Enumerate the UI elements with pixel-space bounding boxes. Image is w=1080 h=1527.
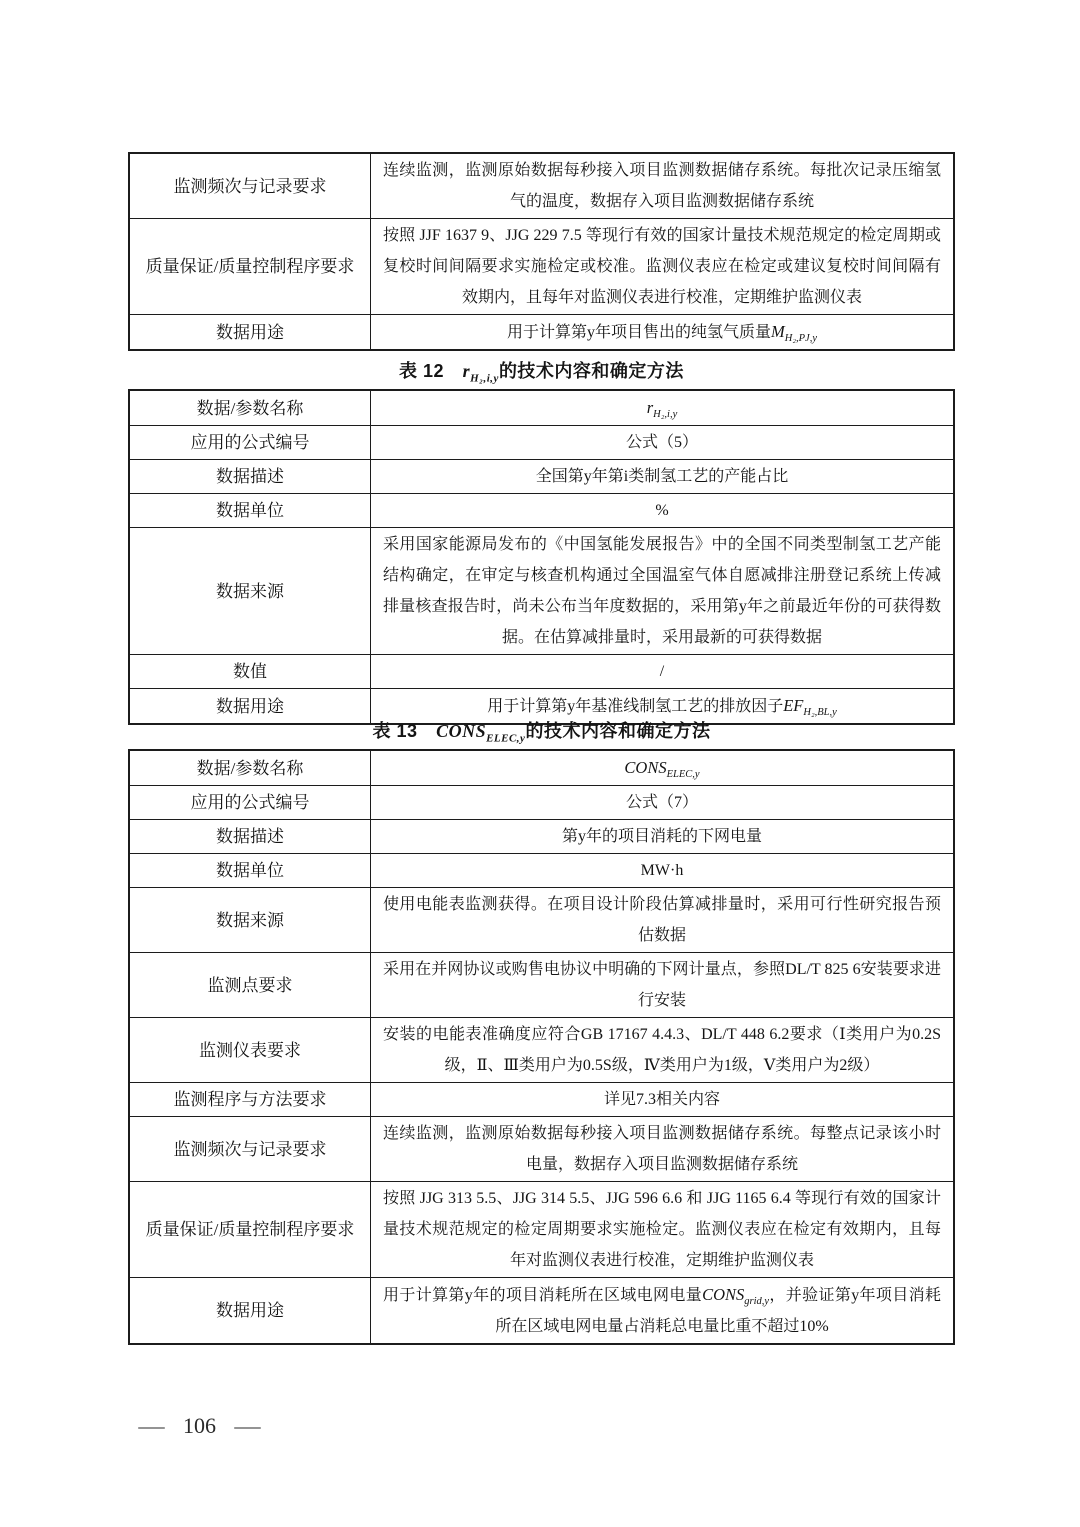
text-segment: / [660, 663, 664, 680]
row-content-text: rH₂,i,y [383, 392, 941, 424]
row-content-text: 公式（7） [383, 787, 941, 818]
row-label: 监测频次与记录要求 [130, 154, 370, 218]
table-row: 数据/参数名称rH₂,i,y [130, 391, 953, 425]
row-label: 数值 [130, 655, 370, 688]
row-label: 数据来源 [130, 888, 370, 952]
row-label: 数据用途 [130, 315, 370, 349]
row-label: 数据/参数名称 [130, 391, 370, 425]
table-row: 监测仪表要求安装的电能表准确度应符合GB 17167 4.4.3、DL/T 44… [130, 1017, 953, 1082]
row-label: 质量保证/质量控制程序要求 [130, 219, 370, 314]
row-content: / [370, 655, 953, 688]
text-segment: % [655, 502, 668, 519]
table-row: 监测频次与记录要求连续监测，监测原始数据每秒接入项目监测数据储存系统。每整点记录… [130, 1116, 953, 1181]
row-content: 连续监测，监测原始数据每秒接入项目监测数据储存系统。每批次记录压缩氢气的温度，数… [370, 154, 953, 218]
table-12: 数据/参数名称rH₂,i,y应用的公式编号公式（5）数据描述全国第y年第i类制氢… [128, 389, 955, 725]
text-segment: 的技术内容和确定方法 [525, 721, 710, 741]
row-label: 数据用途 [130, 689, 370, 723]
row-content: 公式（5） [370, 426, 953, 459]
row-content: % [370, 494, 953, 527]
formula-subscript: ELEC,y [486, 733, 525, 745]
row-content-text: MW·h [383, 855, 941, 886]
table-row: 数据单位% [130, 493, 953, 527]
row-content-text: 安装的电能表准确度应符合GB 17167 4.4.3、DL/T 448 6.2要… [383, 1019, 941, 1081]
row-content-text: 全国第y年第i类制氢工艺的产能占比 [383, 461, 941, 492]
formula-subscript: H₂,i,y [470, 373, 499, 385]
table-row: 质量保证/质量控制程序要求按照 JJF 1637 9、JJG 229 7.5 等… [130, 218, 953, 314]
text-segment: 全国第y年第i类制氢工艺的产能占比 [536, 468, 788, 485]
table-row: 数值/ [130, 654, 953, 688]
table-row: 数据用途用于计算第y年的项目消耗所在区域电网电量CONSgrid,y，并验证第y… [130, 1277, 953, 1343]
row-content: 全国第y年第i类制氢工艺的产能占比 [370, 460, 953, 493]
row-content: 连续监测，监测原始数据每秒接入项目监测数据储存系统。每整点记录该小时电量，数据存… [370, 1117, 953, 1181]
row-label: 数据来源 [130, 528, 370, 654]
text-segment: 安装的电能表准确度应符合GB 17167 4.4.3、DL/T 448 6.2要… [383, 1026, 941, 1074]
row-label: 数据单位 [130, 854, 370, 887]
row-content-text: 详见7.3相关内容 [383, 1084, 941, 1115]
row-content: 使用电能表监测获得。在项目设计阶段估算减排量时，采用可行性研究报告预估数据 [370, 888, 953, 952]
formula-variable: CONS [624, 758, 666, 777]
row-content: 采用在并网协议或购售电协议中明确的下网计量点，参照DL/T 825 6安装要求进… [370, 953, 953, 1017]
text-segment: 用于计算第y年基准线制氢工艺的排放因子 [487, 698, 783, 715]
text-segment: 公式（7） [626, 794, 698, 811]
row-content-text: 用于计算第y年基准线制氢工艺的排放因子EFH₂,BL,y [383, 690, 941, 722]
table-row: 监测频次与记录要求连续监测，监测原始数据每秒接入项目监测数据储存系统。每批次记录… [130, 154, 953, 218]
row-label: 监测点要求 [130, 953, 370, 1017]
table-row: 质量保证/质量控制程序要求按照 JJG 313 5.5、JJG 314 5.5、… [130, 1181, 953, 1277]
row-content: 采用国家能源局发布的《中国氢能发展报告》中的全国不同类型制氢工艺产能结构确定，在… [370, 528, 953, 654]
row-label: 监测频次与记录要求 [130, 1117, 370, 1181]
formula-subscript: H₂,i,y [653, 409, 677, 420]
text-segment: 用于计算第y年项目售出的纯氢气质量 [507, 324, 771, 341]
table-row: 监测程序与方法要求详见7.3相关内容 [130, 1082, 953, 1116]
row-content: 按照 JJG 313 5.5、JJG 314 5.5、JJG 596 6.6 和… [370, 1182, 953, 1277]
text-segment: 详见7.3相关内容 [604, 1091, 720, 1108]
row-content-text: 采用在并网协议或购售电协议中明确的下网计量点，参照DL/T 825 6安装要求进… [383, 954, 941, 1016]
text-segment: 使用电能表监测获得。在项目设计阶段估算减排量时，采用可行性研究报告预估数据 [383, 896, 941, 944]
table-row: 数据来源使用电能表监测获得。在项目设计阶段估算减排量时，采用可行性研究报告预估数… [130, 887, 953, 952]
row-content-text: 用于计算第y年项目售出的纯氢气质量MH₂,PJ,y [383, 316, 941, 348]
table-12-title: 表 12 rH₂,i,y的技术内容和确定方法 [128, 359, 955, 383]
text-segment: 连续监测，监测原始数据每秒接入项目监测数据储存系统。每批次记录压缩氢气的温度，数… [383, 162, 941, 210]
table-13: 数据/参数名称CONSELEC,y应用的公式编号公式（7）数据描述第y年的项目消… [128, 749, 955, 1345]
row-content-text: % [383, 495, 941, 526]
row-content-text: / [383, 656, 941, 687]
row-label: 数据/参数名称 [130, 751, 370, 785]
table-row: 数据用途用于计算第y年基准线制氢工艺的排放因子EFH₂,BL,y [130, 688, 953, 723]
formula-variable: EF [783, 696, 803, 715]
text-segment: 连续监测，监测原始数据每秒接入项目监测数据储存系统。每整点记录该小时电量，数据存… [383, 1125, 941, 1173]
text-segment: 按照 JJG 313 5.5、JJG 314 5.5、JJG 596 6.6 和… [383, 1190, 941, 1269]
text-segment: 的技术内容和确定方法 [499, 361, 684, 381]
formula-subscript: H₂,BL,y [803, 707, 836, 718]
table-row: 数据用途用于计算第y年项目售出的纯氢气质量MH₂,PJ,y [130, 314, 953, 349]
row-content-text: 按照 JJG 313 5.5、JJG 314 5.5、JJG 596 6.6 和… [383, 1183, 941, 1276]
row-label: 应用的公式编号 [130, 426, 370, 459]
row-content-text: 公式（5） [383, 427, 941, 458]
row-content: 安装的电能表准确度应符合GB 17167 4.4.3、DL/T 448 6.2要… [370, 1018, 953, 1082]
formula-variable: CONS [702, 1285, 744, 1304]
table-13-title: 表 13 CONSELEC,y的技术内容和确定方法 [128, 719, 955, 743]
text-segment: MW·h [641, 862, 684, 879]
text-segment: 采用在并网协议或购售电协议中明确的下网计量点，参照DL/T 825 6安装要求进… [383, 961, 941, 1009]
row-content: 用于计算第y年项目售出的纯氢气质量MH₂,PJ,y [370, 315, 953, 349]
text-segment: 表 13 [373, 721, 437, 741]
table-row: 数据描述第y年的项目消耗的下网电量 [130, 819, 953, 853]
row-content-text: 连续监测，监测原始数据每秒接入项目监测数据储存系统。每整点记录该小时电量，数据存… [383, 1118, 941, 1180]
row-content-text: 采用国家能源局发布的《中国氢能发展报告》中的全国不同类型制氢工艺产能结构确定，在… [383, 529, 941, 653]
text-segment: 公式（5） [626, 434, 698, 451]
row-content: 详见7.3相关内容 [370, 1083, 953, 1116]
formula-subscript: H₂,PJ,y [785, 333, 817, 344]
footer-dash-left: — [138, 1414, 164, 1439]
document-page: 监测频次与记录要求连续监测，监测原始数据每秒接入项目监测数据储存系统。每批次记录… [0, 0, 1080, 1527]
text-segment: 第y年的项目消耗的下网电量 [562, 828, 762, 845]
row-label: 数据描述 [130, 820, 370, 853]
footer-dash-right: — [234, 1414, 260, 1439]
row-content-text: 连续监测，监测原始数据每秒接入项目监测数据储存系统。每批次记录压缩氢气的温度，数… [383, 155, 941, 217]
row-label: 监测仪表要求 [130, 1018, 370, 1082]
table-row: 数据来源采用国家能源局发布的《中国氢能发展报告》中的全国不同类型制氢工艺产能结构… [130, 527, 953, 654]
footer-page-number: 106 [183, 1413, 216, 1439]
row-content: CONSELEC,y [370, 751, 953, 785]
table-row: 数据描述全国第y年第i类制氢工艺的产能占比 [130, 459, 953, 493]
formula-variable: M [771, 322, 785, 341]
row-content: MW·h [370, 854, 953, 887]
text-segment: 采用国家能源局发布的《中国氢能发展报告》中的全国不同类型制氢工艺产能结构确定，在… [383, 536, 941, 646]
table-row: 应用的公式编号公式（7） [130, 785, 953, 819]
row-content: 用于计算第y年的项目消耗所在区域电网电量CONSgrid,y，并验证第y年项目消… [370, 1278, 953, 1343]
row-label: 数据用途 [130, 1278, 370, 1343]
page-footer: — 106 — [141, 1413, 258, 1439]
row-label: 应用的公式编号 [130, 786, 370, 819]
formula-variable: CONS [436, 721, 486, 741]
row-content-text: 用于计算第y年的项目消耗所在区域电网电量CONSgrid,y，并验证第y年项目消… [383, 1279, 941, 1342]
row-content: 按照 JJF 1637 9、JJG 229 7.5 等现行有效的国家计量技术规范… [370, 219, 953, 314]
row-content-text: 第y年的项目消耗的下网电量 [383, 821, 941, 852]
row-label: 质量保证/质量控制程序要求 [130, 1182, 370, 1277]
row-content-text: 按照 JJF 1637 9、JJG 229 7.5 等现行有效的国家计量技术规范… [383, 220, 941, 313]
text-segment: 表 12 [399, 361, 463, 381]
table-row: 数据/参数名称CONSELEC,y [130, 751, 953, 785]
formula-subscript: grid,y [744, 1296, 769, 1307]
row-content: rH₂,i,y [370, 391, 953, 425]
row-content: 第y年的项目消耗的下网电量 [370, 820, 953, 853]
row-content-text: CONSELEC,y [383, 752, 941, 784]
table-row: 监测点要求采用在并网协议或购售电协议中明确的下网计量点，参照DL/T 825 6… [130, 952, 953, 1017]
table-monitoring-parameter-continued: 监测频次与记录要求连续监测，监测原始数据每秒接入项目监测数据储存系统。每批次记录… [128, 152, 955, 351]
table-row: 数据单位MW·h [130, 853, 953, 887]
row-label: 监测程序与方法要求 [130, 1083, 370, 1116]
text-segment: 按照 JJF 1637 9、JJG 229 7.5 等现行有效的国家计量技术规范… [383, 227, 941, 306]
row-label: 数据单位 [130, 494, 370, 527]
formula-variable: r [463, 361, 471, 381]
row-content: 公式（7） [370, 786, 953, 819]
row-content-text: 使用电能表监测获得。在项目设计阶段估算减排量时，采用可行性研究报告预估数据 [383, 889, 941, 951]
row-content: 用于计算第y年基准线制氢工艺的排放因子EFH₂,BL,y [370, 689, 953, 723]
formula-subscript: ELEC,y [667, 769, 700, 780]
text-segment: 用于计算第y年的项目消耗所在区域电网电量 [383, 1287, 702, 1304]
row-label: 数据描述 [130, 460, 370, 493]
table-row: 应用的公式编号公式（5） [130, 425, 953, 459]
